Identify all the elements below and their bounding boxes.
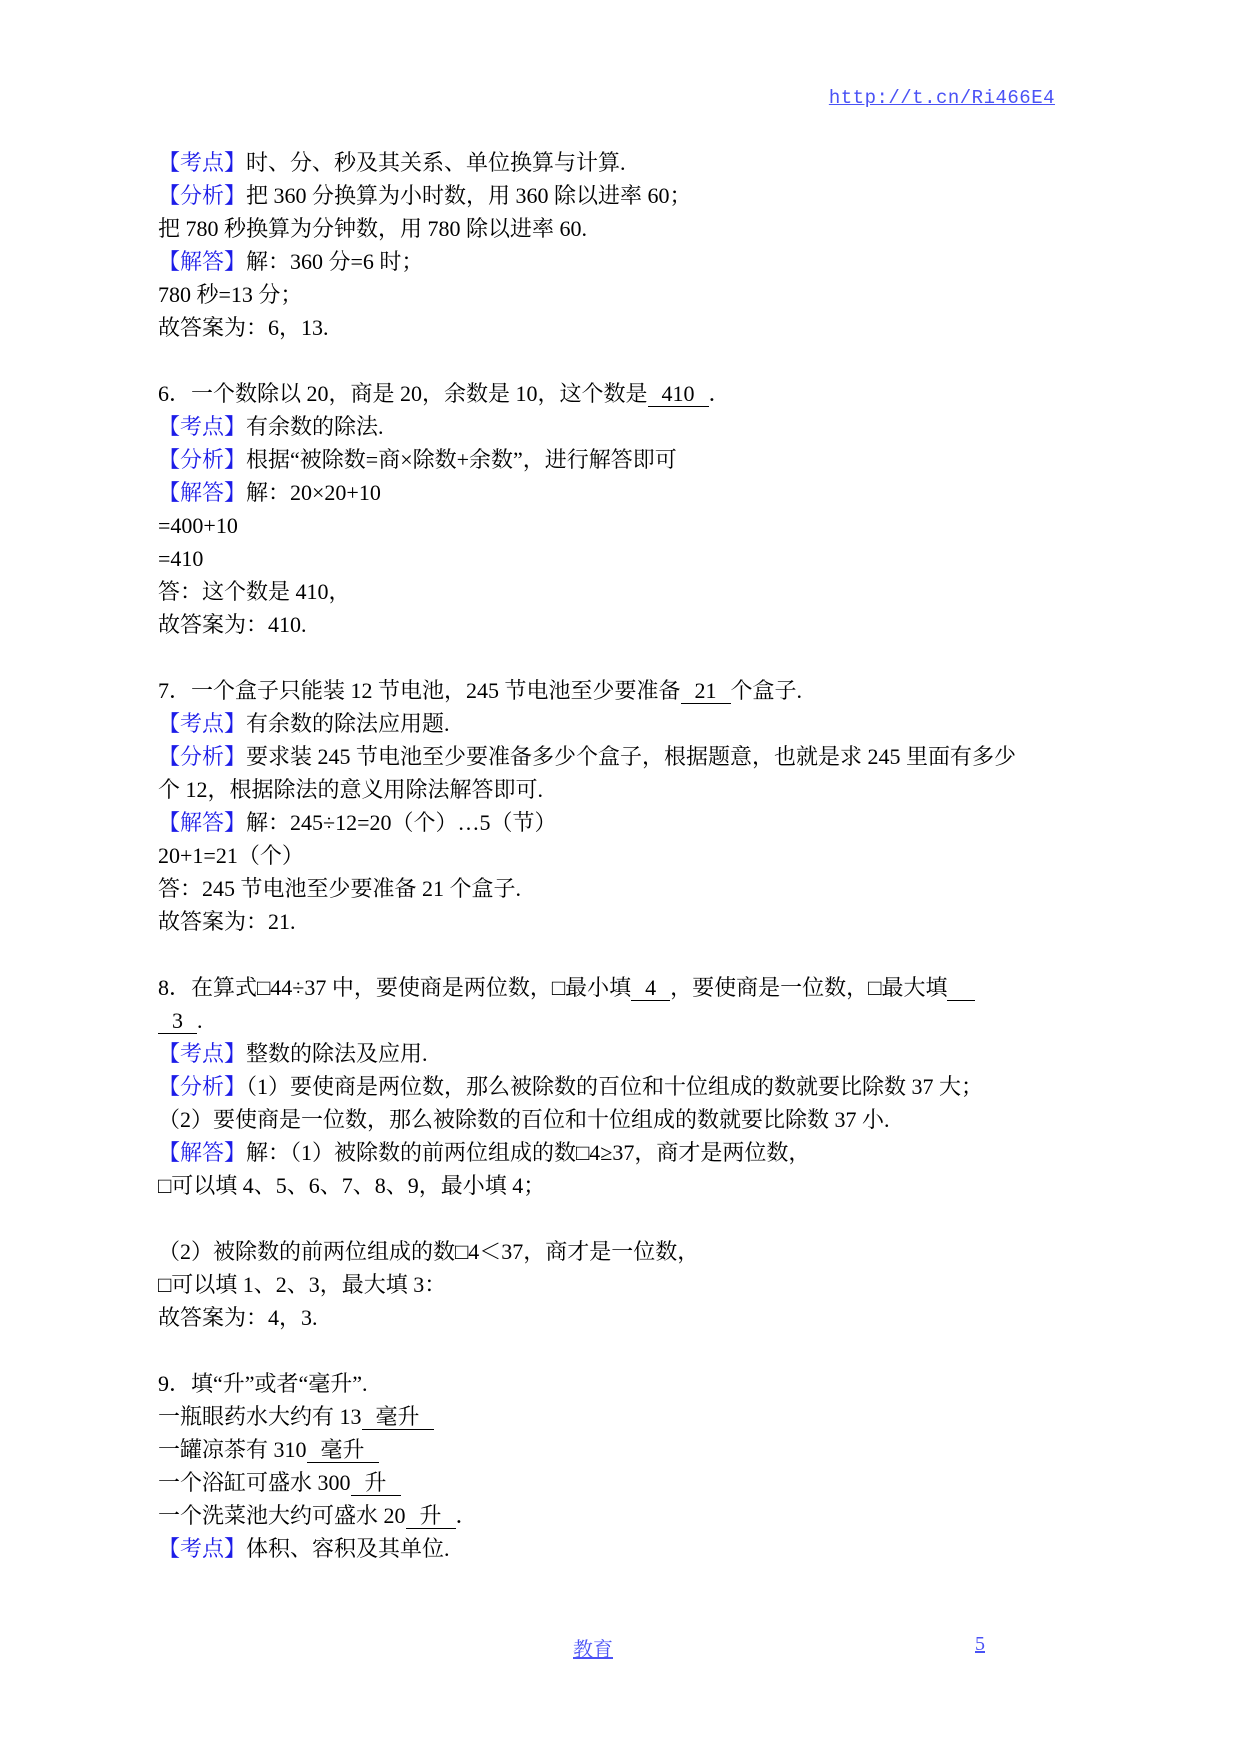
line-text: 把 780 秒换算为分钟数，用 780 除以进率 60. <box>158 216 587 241</box>
text-line: 【分析】根据“被除数=商×除数+余数”，进行解答即可 <box>158 443 1123 476</box>
text-line: 3. <box>158 1004 1123 1037</box>
section-tag: 【解答】 <box>158 810 246 835</box>
text-line: 6．一个数除以 20，商是 20，余数是 10，这个数是410． <box>158 377 1123 410</box>
text-line: 答：245 节电池至少要准备 21 个盒子. <box>158 872 1123 905</box>
section-tag: 【考点】 <box>158 711 246 736</box>
text-line: 个 12，根据除法的意义用除法解答即可. <box>158 773 1123 806</box>
text-line: 8．在算式□44÷37 中，要使商是两位数，□最小填4，要使商是一位数，□最大填 <box>158 971 1123 1004</box>
text-line: 故答案为：4，3. <box>158 1301 1123 1334</box>
line-text: 答：这个数是 410， <box>158 579 351 604</box>
line-text: 有余数的除法. <box>246 414 384 439</box>
text-line: 【考点】时、分、秒及其关系、单位换算与计算. <box>158 146 1123 179</box>
line-text: 解：360 分=6 时； <box>246 249 423 274</box>
section-tag: 【分析】 <box>158 1074 246 1099</box>
text-line: 【解答】解：20×20+10 <box>158 476 1123 509</box>
line-text: 解：20×20+10 <box>246 480 381 505</box>
line-text: 780 秒=13 分； <box>158 282 302 307</box>
page-number-link[interactable]: 5 <box>975 1633 985 1656</box>
text-line: 故答案为：410. <box>158 608 1123 641</box>
line-text: 解：245÷12=20（个）…5（节） <box>246 810 556 835</box>
answer-blank: 升 <box>406 1503 456 1529</box>
text-line: 【考点】体积、容积及其单位. <box>158 1532 1123 1565</box>
answer-blank: 21 <box>681 678 731 704</box>
text-line: 答：这个数是 410， <box>158 575 1123 608</box>
line-text: 答：245 节电池至少要准备 21 个盒子. <box>158 876 521 901</box>
text-line: 【分析】把 360 分换算为小时数，用 360 除以进率 60； <box>158 179 1123 212</box>
answer-blank: 4 <box>631 975 670 1001</box>
line-text: 20+1=21（个） <box>158 843 304 868</box>
section-tag: 【考点】 <box>158 150 246 175</box>
text-line: =400+10 <box>158 509 1123 542</box>
text-line: 【考点】有余数的除法. <box>158 410 1123 443</box>
section-tag: 【解答】 <box>158 249 246 274</box>
line-text: （2）要使商是一位数，那么被除数的百位和十位组成的数就要比除数 37 小. <box>158 1107 890 1132</box>
document-page: http://t.cn/Ri466E4 【考点】时、分、秒及其关系、单位换算与计… <box>0 0 1241 1754</box>
section-tag: 【考点】 <box>158 1041 246 1066</box>
section-tag: 【考点】 <box>158 1536 246 1561</box>
line-text: 个 12，根据除法的意义用除法解答即可. <box>158 777 543 802</box>
line-text: ． <box>456 1503 478 1528</box>
line-text: 一瓶眼药水大约有 13 <box>158 1404 362 1429</box>
text-line <box>158 344 1123 377</box>
line-text: 故答案为：410. <box>158 612 307 637</box>
line-text: 故答案为：4，3. <box>158 1305 318 1330</box>
line-text: 体积、容积及其单位. <box>246 1536 450 1561</box>
text-line: （2）被除数的前两位组成的数□4＜37，商才是一位数， <box>158 1235 1123 1268</box>
section-tag: 【解答】 <box>158 480 246 505</box>
line-text: 时、分、秒及其关系、单位换算与计算. <box>246 150 626 175</box>
answer-blank: 3 <box>158 1008 197 1034</box>
answer-blank: 毫升 <box>362 1404 434 1430</box>
text-line: 9．填“升”或者“毫升”. <box>158 1367 1123 1400</box>
line-text: 根据“被除数=商×除数+余数”，进行解答即可 <box>246 447 677 472</box>
text-line: 780 秒=13 分； <box>158 278 1123 311</box>
text-line: 【考点】有余数的除法应用题. <box>158 707 1123 740</box>
line-text: 个盒子. <box>731 678 803 703</box>
line-text: 8．在算式□44÷37 中，要使商是两位数，□最小填 <box>158 975 631 1000</box>
text-line <box>158 1334 1123 1367</box>
line-text: 一罐凉茶有 310 <box>158 1437 307 1462</box>
line-text: 9．填“升”或者“毫升”. <box>158 1371 368 1396</box>
text-line <box>158 938 1123 971</box>
answer-blank: 410 <box>648 381 709 407</box>
text-line: 7．一个盒子只能装 12 节电池，245 节电池至少要准备21个盒子. <box>158 674 1123 707</box>
text-line: 【分析】要求装 245 节电池至少要准备多少个盒子，根据题意，也就是求 245 … <box>158 740 1123 773</box>
line-text: （1）要使商是两位数，那么被除数的百位和十位组成的数就要比除数 37 大； <box>246 1074 983 1099</box>
line-text: . <box>197 1008 203 1033</box>
section-tag: 【解答】 <box>158 1140 246 1165</box>
section-tag: 【分析】 <box>158 183 246 208</box>
line-text: 整数的除法及应用. <box>246 1041 428 1066</box>
text-line: 一罐凉茶有 310毫升 <box>158 1433 1123 1466</box>
line-text: 7．一个盒子只能装 12 节电池，245 节电池至少要准备 <box>158 678 681 703</box>
line-text: 故答案为：6，13. <box>158 315 329 340</box>
line-text: 故答案为：21. <box>158 909 296 934</box>
section-tag: 【考点】 <box>158 414 246 439</box>
text-line: □可以填 4、5、6、7、8、9，最小填 4； <box>158 1169 1123 1202</box>
line-text: （2）被除数的前两位组成的数□4＜37，商才是一位数， <box>158 1239 699 1264</box>
section-tag: 【分析】 <box>158 447 246 472</box>
text-line: （2）要使商是一位数，那么被除数的百位和十位组成的数就要比除数 37 小. <box>158 1103 1123 1136</box>
line-text: □可以填 1、2、3，最大填 3： <box>158 1272 446 1297</box>
text-line: 【分析】（1）要使商是两位数，那么被除数的百位和十位组成的数就要比除数 37 大… <box>158 1070 1123 1103</box>
line-text: 要求装 245 节电池至少要准备多少个盒子，根据题意，也就是求 245 里面有多… <box>246 744 1016 769</box>
line-text: ，要使商是一位数，□最大填 <box>670 975 947 1000</box>
line-text: 解：（1）被除数的前两位组成的数□4≥37，商才是两位数， <box>246 1140 810 1165</box>
text-line: 【解答】解：245÷12=20（个）…5（节） <box>158 806 1123 839</box>
line-text: 6．一个数除以 20，商是 20，余数是 10，这个数是 <box>158 381 648 406</box>
line-text: 一个浴缸可盛水 300 <box>158 1470 351 1495</box>
text-line: 一个洗菜池大约可盛水 20升． <box>158 1499 1123 1532</box>
answer-blank <box>947 975 975 1001</box>
line-text: □可以填 4、5、6、7、8、9，最小填 4； <box>158 1173 545 1198</box>
line-text: 一个洗菜池大约可盛水 20 <box>158 1503 406 1528</box>
line-text: 把 360 分换算为小时数，用 360 除以进率 60； <box>246 183 692 208</box>
page-footer: 教育 5 <box>0 1633 1241 1661</box>
section-tag: 【分析】 <box>158 744 246 769</box>
text-line: 故答案为：21. <box>158 905 1123 938</box>
document-content: 【考点】时、分、秒及其关系、单位换算与计算.【分析】把 360 分换算为小时数，… <box>158 146 1123 1565</box>
line-text: ． <box>709 381 731 406</box>
line-text: 有余数的除法应用题. <box>246 711 450 736</box>
footer-education-link[interactable]: 教育 <box>573 1633 613 1662</box>
line-text: =400+10 <box>158 513 238 538</box>
text-line: =410 <box>158 542 1123 575</box>
text-line: 【解答】解：360 分=6 时； <box>158 245 1123 278</box>
text-line <box>158 1202 1123 1235</box>
text-line: 一瓶眼药水大约有 13毫升 <box>158 1400 1123 1433</box>
answer-blank: 毫升 <box>307 1437 379 1463</box>
text-line: 一个浴缸可盛水 300升 <box>158 1466 1123 1499</box>
answer-blank: 升 <box>351 1470 401 1496</box>
header-url-link[interactable]: http://t.cn/Ri466E4 <box>829 87 1055 109</box>
text-line: 【考点】整数的除法及应用. <box>158 1037 1123 1070</box>
text-line: 20+1=21（个） <box>158 839 1123 872</box>
text-line: □可以填 1、2、3，最大填 3： <box>158 1268 1123 1301</box>
text-line: 【解答】解：（1）被除数的前两位组成的数□4≥37，商才是两位数， <box>158 1136 1123 1169</box>
text-line: 把 780 秒换算为分钟数，用 780 除以进率 60. <box>158 212 1123 245</box>
line-text: =410 <box>158 546 203 571</box>
text-line: 故答案为：6，13. <box>158 311 1123 344</box>
text-line <box>158 641 1123 674</box>
